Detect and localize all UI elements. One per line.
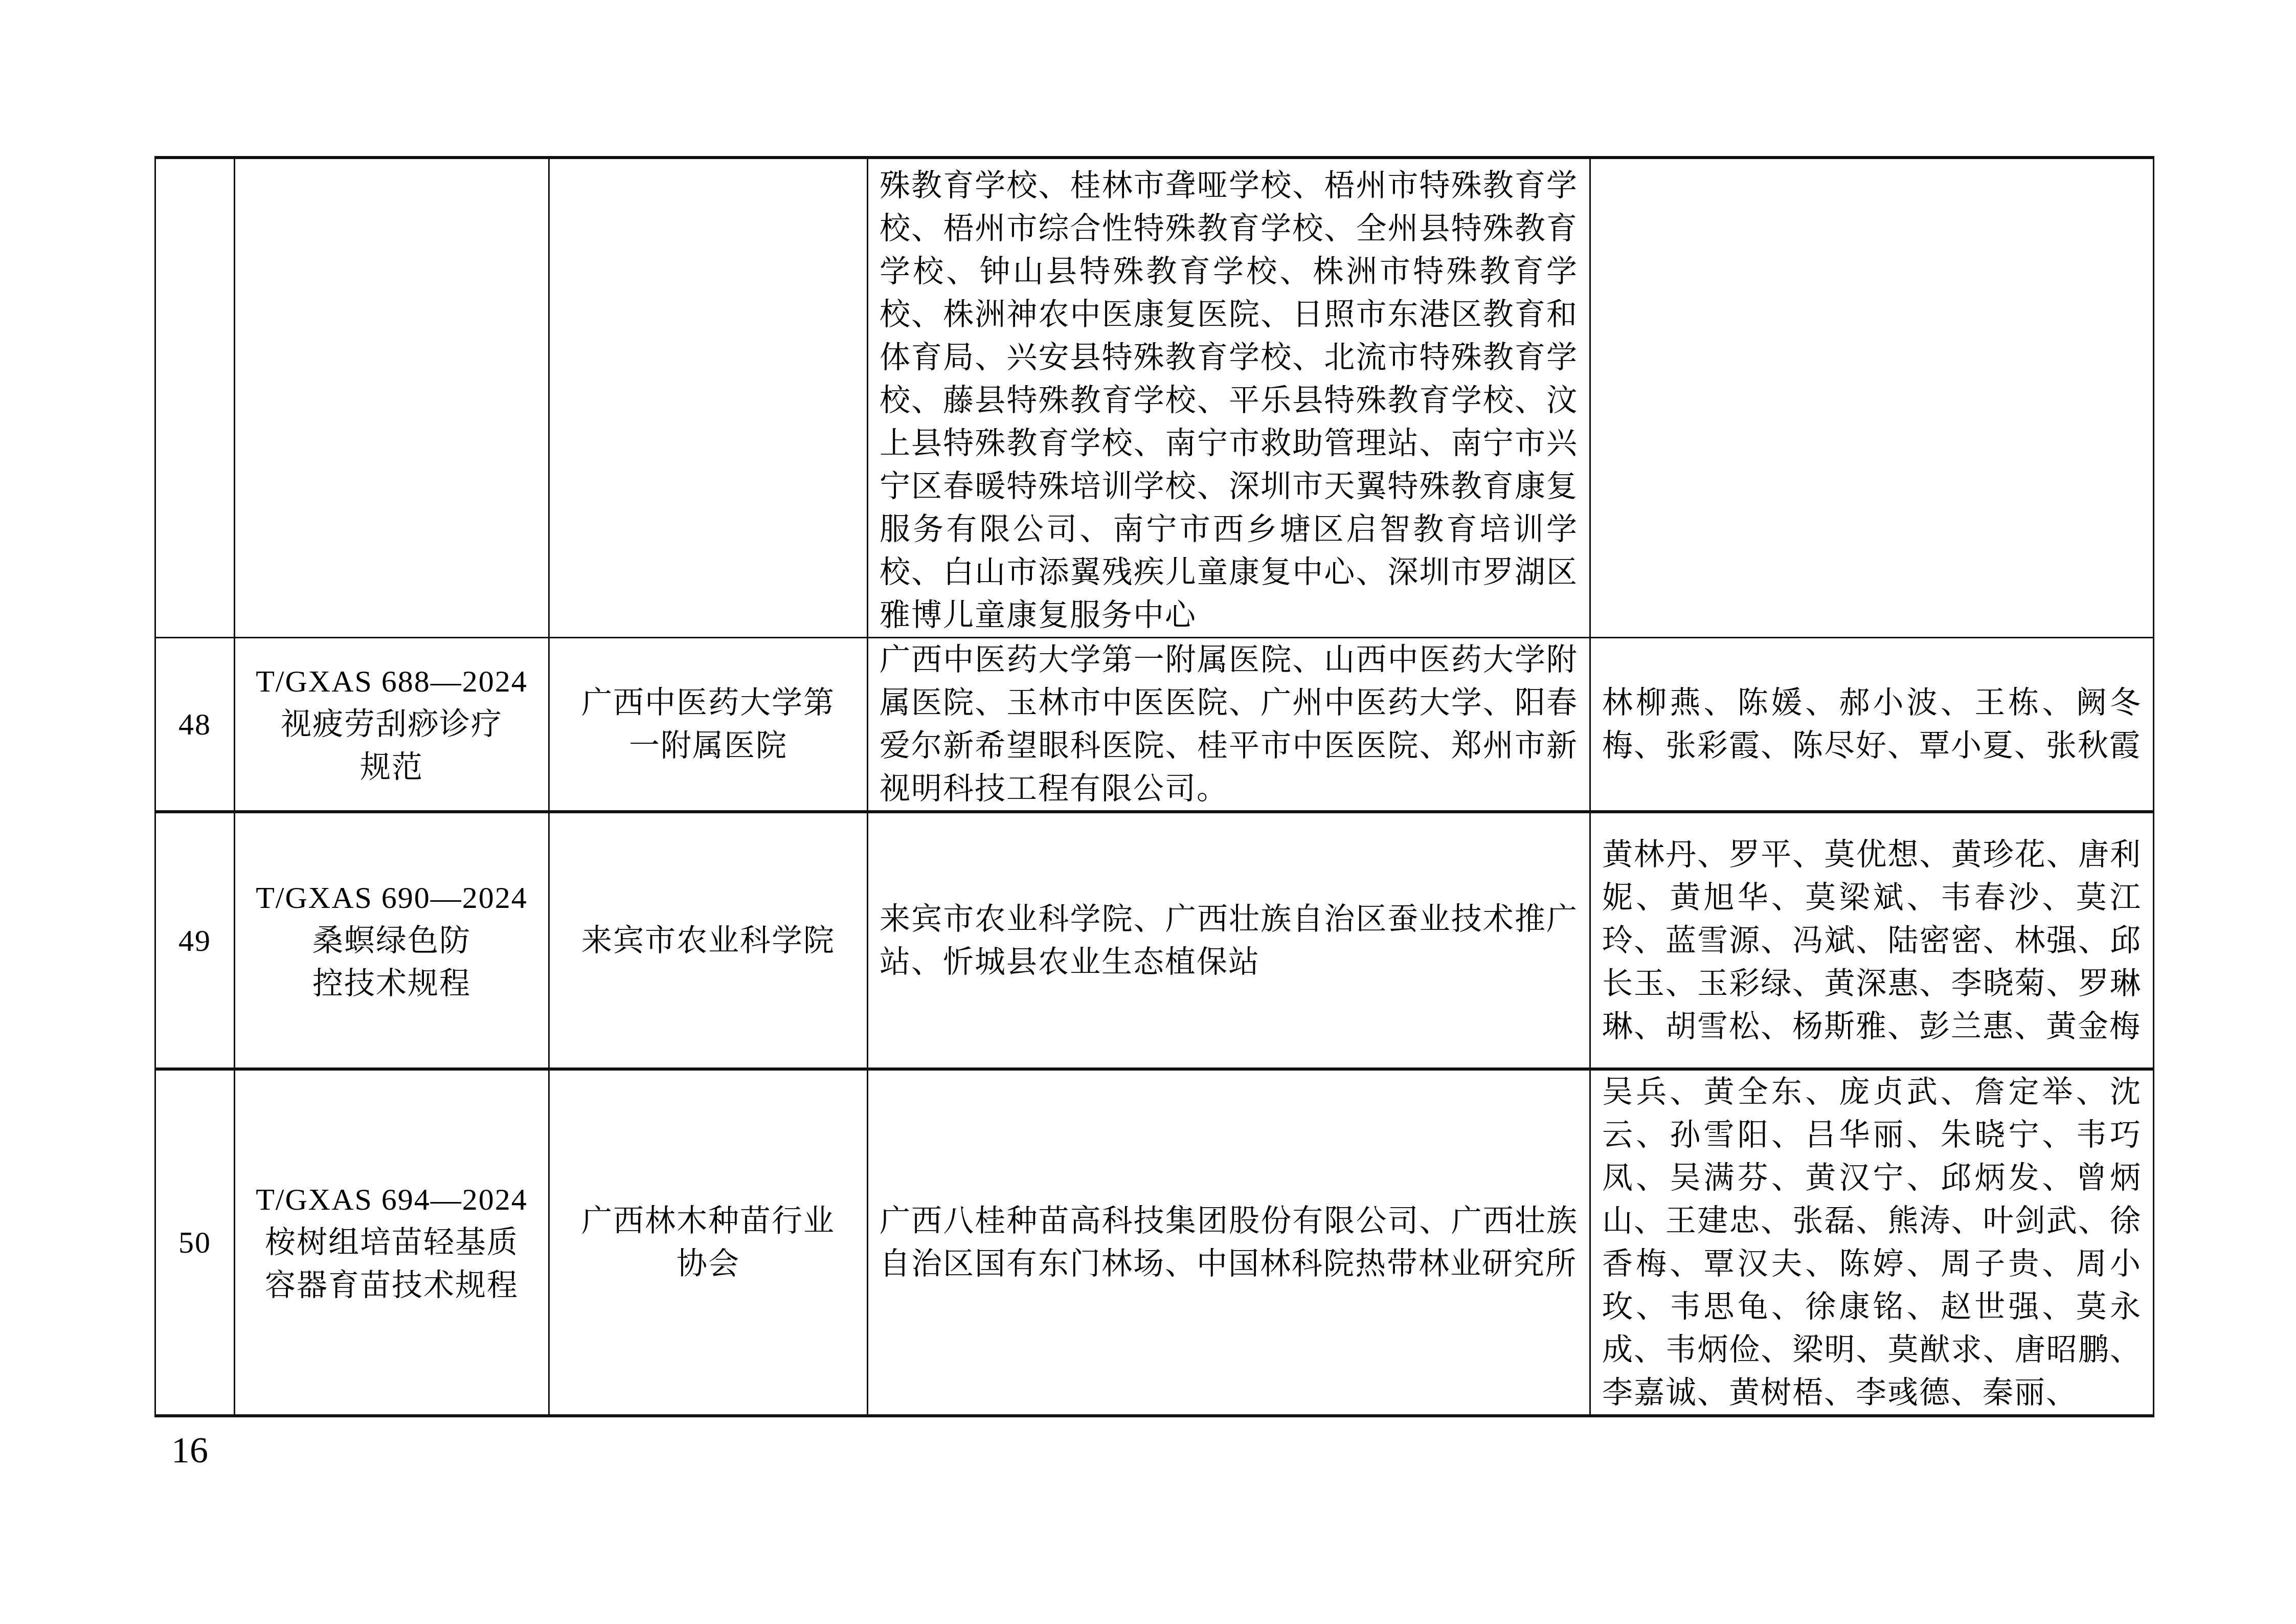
cell-drafters: 林柳燕、陈媛、郝小波、王栋、阙冬梅、张彩霞、陈尽好、覃小夏、张秋霞 [1590,638,2154,812]
standard-code: T/GXAS 688—2024 [246,660,537,703]
page-number: 16 [171,1427,208,1473]
cell-number: 50 [155,1069,235,1416]
standard-title: 桉树组培苗轻基质容器育苗技术规程 [246,1221,537,1307]
cell-number: 48 [155,638,235,812]
cell-lead-org: 广西中医药大学第一附属医院 [549,638,868,812]
cell-number: 49 [155,812,235,1069]
table-row: 49 T/GXAS 690—2024 桑螟绿色防控技术规程 来宾市农业科学院 来… [155,812,2154,1069]
cell-drafters: 黄林丹、罗平、莫优想、黄珍花、唐利妮、黄旭华、莫梁斌、韦春沙、莫江玲、蓝雪源、冯… [1590,812,2154,1069]
table-row: 50 T/GXAS 694—2024 桉树组培苗轻基质容器育苗技术规程 广西林木… [155,1069,2154,1416]
standard-title: 桑螟绿色防控技术规程 [246,919,537,1005]
cell-drafters [1590,158,2154,638]
standard-code: T/GXAS 690—2024 [246,876,537,919]
table-row-continuation: 殊教育学校、桂林市聋哑学校、梧州市特殊教育学校、梧州市综合性特殊教育学校、全州县… [155,158,2154,638]
document-page: 殊教育学校、桂林市聋哑学校、梧州市特殊教育学校、梧州市综合性特殊教育学校、全州县… [0,0,2296,1624]
cell-lead-org [549,158,868,638]
cell-standard: T/GXAS 694—2024 桉树组培苗轻基质容器育苗技术规程 [235,1069,549,1416]
cell-standard: T/GXAS 690—2024 桑螟绿色防控技术规程 [235,812,549,1069]
cell-lead-org: 来宾市农业科学院 [549,812,868,1069]
cell-standard [235,158,549,638]
cell-number [155,158,235,638]
cell-lead-org: 广西林木种苗行业协会 [549,1069,868,1416]
table-row: 48 T/GXAS 688—2024 视疲劳刮痧诊疗规范 广西中医药大学第一附属… [155,638,2154,812]
cell-drafters: 吴兵、黄全东、庞贞武、詹定举、沈云、孙雪阳、吕华丽、朱晓宁、韦巧凤、吴满芬、黄汉… [1590,1069,2154,1416]
cell-participating-units: 殊教育学校、桂林市聋哑学校、梧州市特殊教育学校、梧州市综合性特殊教育学校、全州县… [868,158,1590,638]
standards-table: 殊教育学校、桂林市聋哑学校、梧州市特殊教育学校、梧州市综合性特殊教育学校、全州县… [154,156,2154,1417]
cell-standard: T/GXAS 688—2024 视疲劳刮痧诊疗规范 [235,638,549,812]
cell-participating-units: 广西八桂种苗高科技集团股份有限公司、广西壮族自治区国有东门林场、中国林科院热带林… [868,1069,1590,1416]
standard-title: 视疲劳刮痧诊疗规范 [246,703,537,789]
cell-participating-units: 广西中医药大学第一附属医院、山西中医药大学附属医院、玉林市中医医院、广州中医药大… [868,638,1590,812]
standard-code: T/GXAS 694—2024 [246,1178,537,1221]
cell-participating-units: 来宾市农业科学院、广西壮族自治区蚕业技术推广站、忻城县农业生态植保站 [868,812,1590,1069]
